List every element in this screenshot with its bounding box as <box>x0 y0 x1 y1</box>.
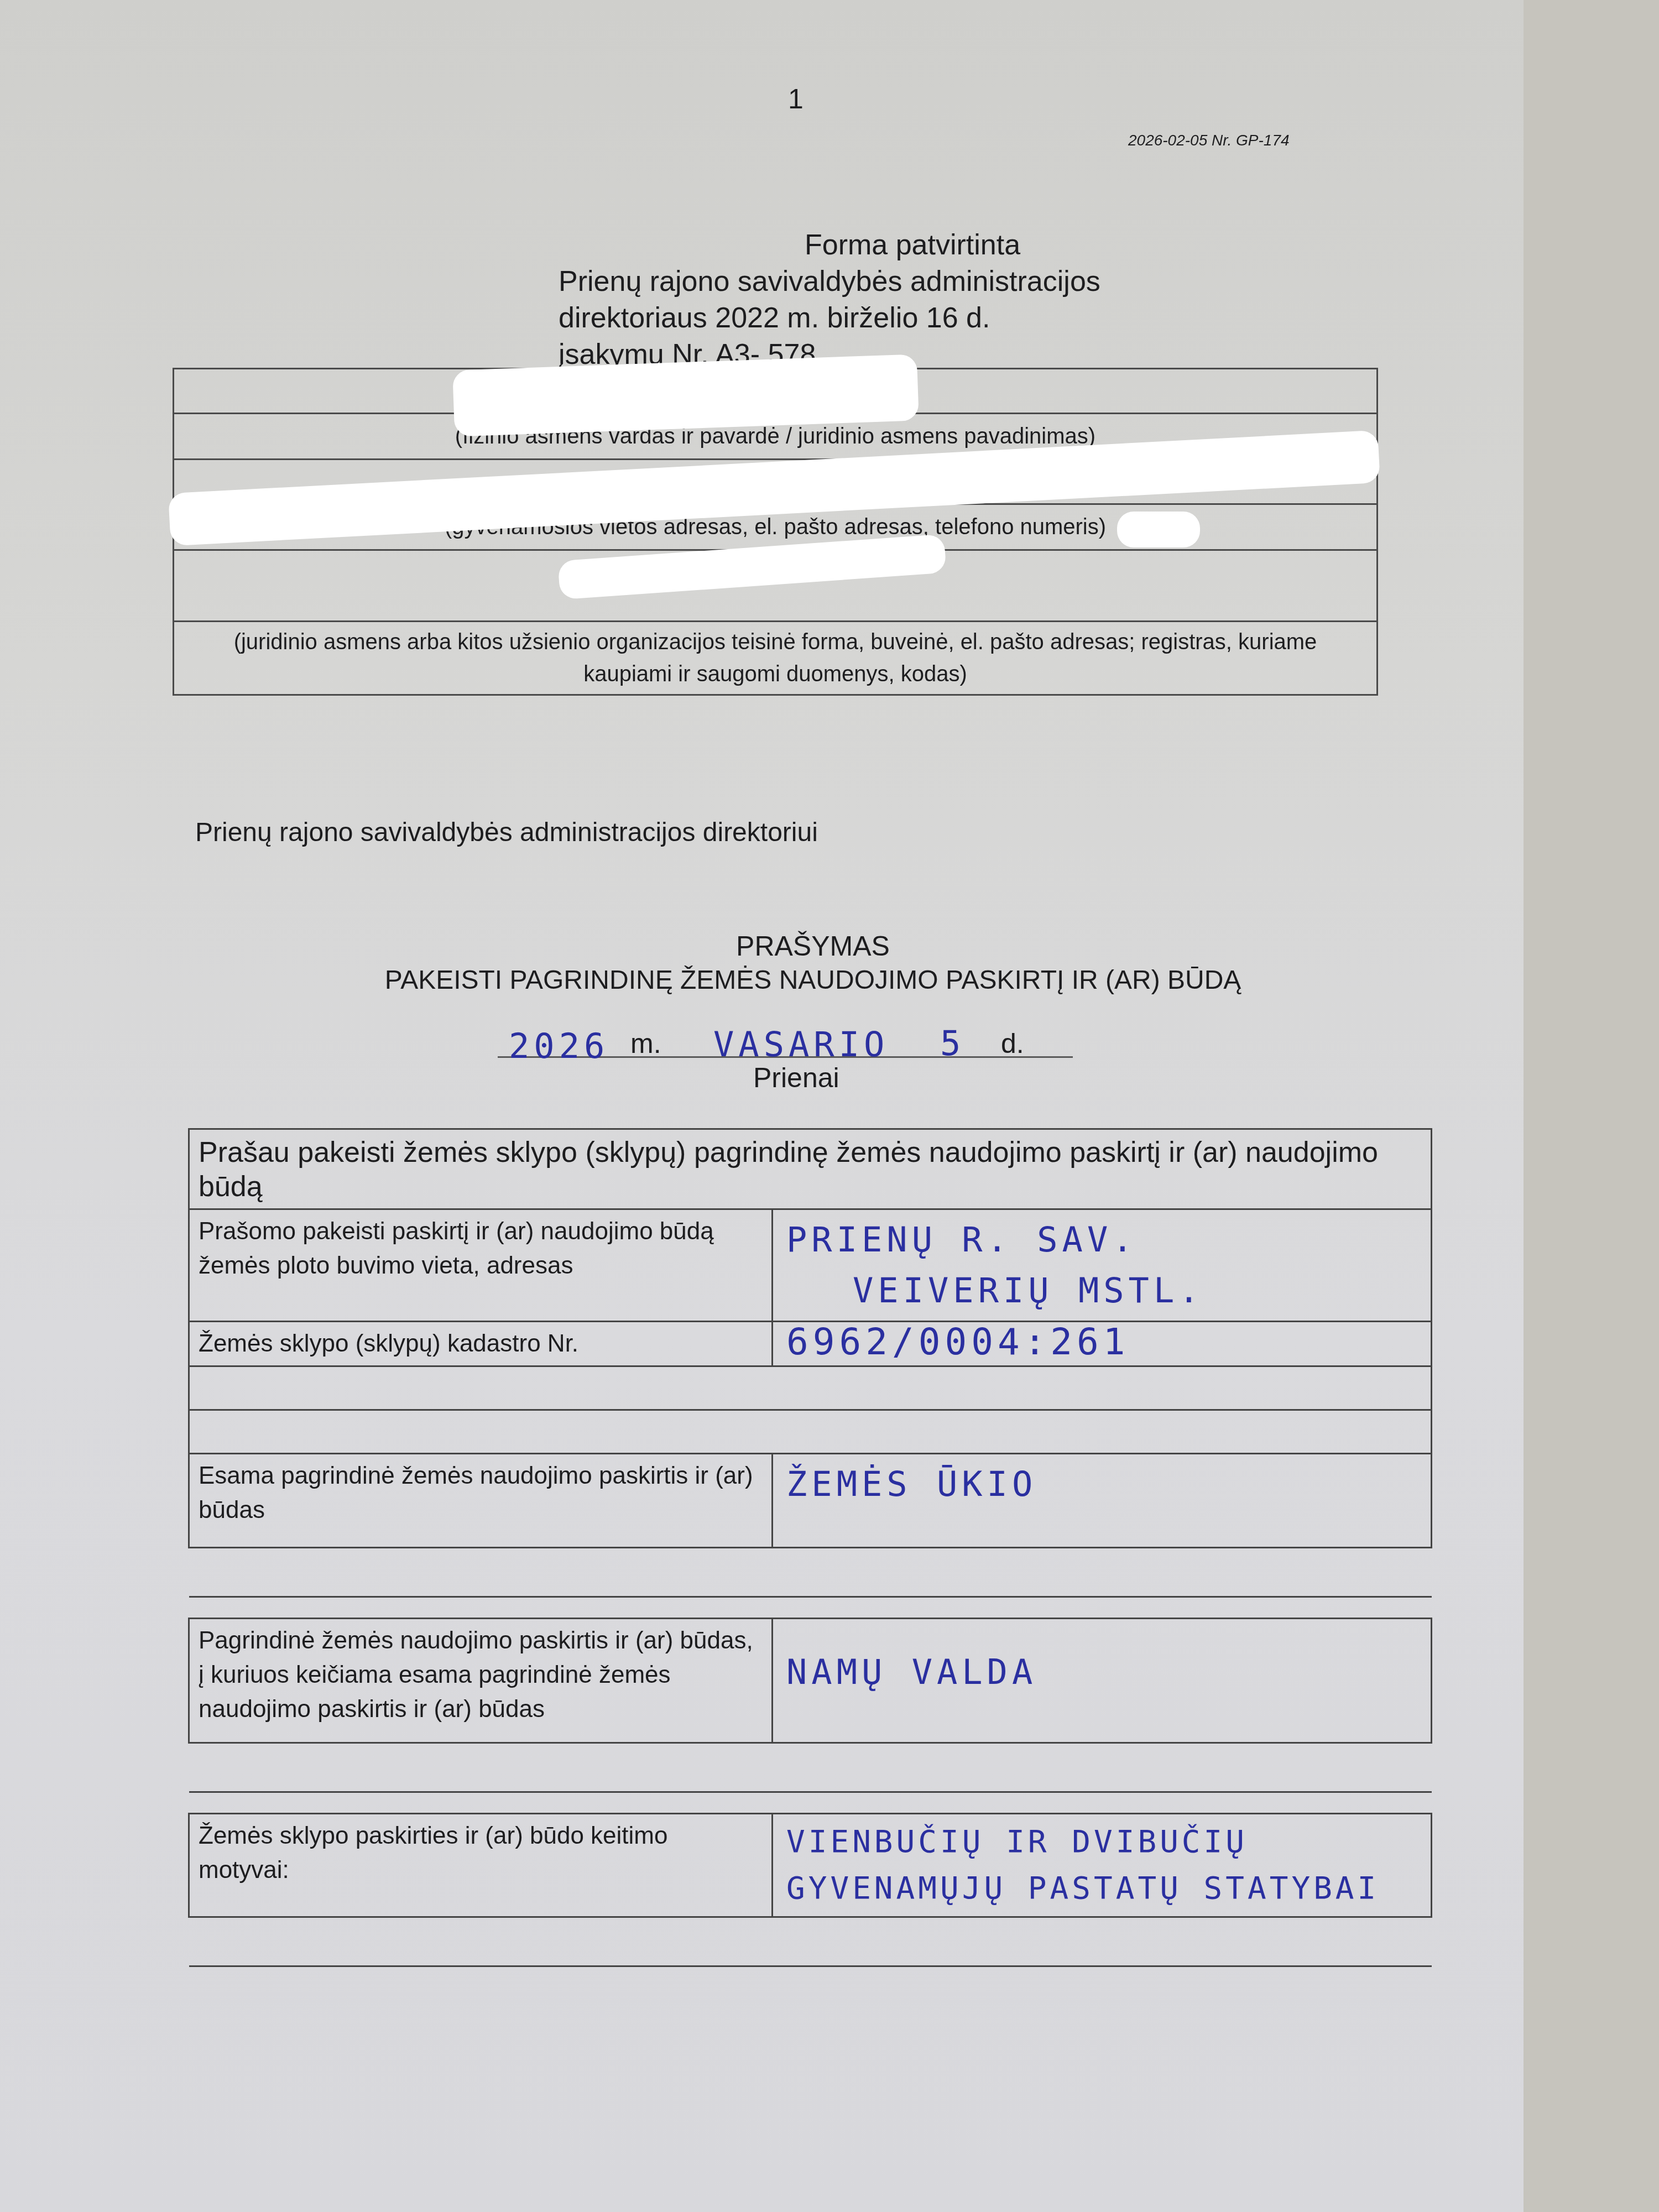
document-subtitle: PAKEISTI PAGRINDINĘ ŽEMĖS NAUDOJIMO PASK… <box>0 965 1615 995</box>
approval-line: Prienų rajono savivaldybės administracij… <box>559 263 1100 300</box>
date-day-handwritten[interactable]: 5 <box>940 1023 965 1063</box>
document-title: PRAŠYMAS <box>0 930 1615 962</box>
approval-line: Forma patvirtinta <box>559 227 1100 263</box>
request-table: Prašau pakeisti žemės sklypo (sklypų) pa… <box>188 1128 1432 1967</box>
legal-caption-line: kaupiami ir saugomi duomenys, kodas) <box>191 658 1360 690</box>
motives-line: GYVENAMŲJŲ PASTATŲ STATYBAI <box>786 1865 1422 1912</box>
location-line: PRIENŲ R. SAV. <box>786 1214 1422 1265</box>
request-header: Prašau pakeisti žemės sklypo (sklypų) pa… <box>189 1129 1432 1209</box>
new-purpose-label: Pagrindinė žemės naudojimo paskirtis ir … <box>189 1619 773 1743</box>
redaction-phone <box>1117 512 1200 547</box>
motives-label: Žemės sklypo paskirties ir (ar) būdo kei… <box>189 1814 773 1917</box>
addressee: Prienų rajono savivaldybės administracij… <box>195 817 818 848</box>
spacer <box>189 1597 1432 1619</box>
form-approval-note: Forma patvirtinta Prienų rajono savivald… <box>559 227 1100 373</box>
location-value[interactable]: PRIENŲ R. SAV. VEIVERIŲ MSTL. <box>773 1209 1432 1322</box>
page-number: 1 <box>788 83 804 115</box>
cadastral-number-value[interactable]: 6962/0004:261 <box>773 1322 1432 1366</box>
new-purpose-value[interactable]: NAMŲ VALDA <box>773 1619 1432 1743</box>
date-day-suffix: d. <box>1001 1027 1024 1060</box>
motives-value[interactable]: VIENBUČIŲ IR DVIBUČIŲ GYVENAMŲJŲ PASTATŲ… <box>773 1814 1432 1917</box>
legal-caption-line: (juridinio asmens arba kitos užsienio or… <box>191 626 1360 658</box>
empty-row[interactable] <box>189 1366 1432 1410</box>
date-year-handwritten[interactable]: 2026 <box>509 1026 609 1066</box>
approval-line: direktoriaus 2022 m. birželio 16 d. <box>559 300 1100 336</box>
date-month-handwritten[interactable]: VASARIO <box>713 1024 889 1065</box>
paper-sheet: 1 2026-02-05 Nr. GP-174 Forma patvirtint… <box>0 0 1524 2212</box>
legal-entity-caption: (juridinio asmens arba kitos užsienio or… <box>174 622 1378 695</box>
current-purpose-label: Esama pagrindinė žemės naudojimo paskirt… <box>189 1454 773 1548</box>
empty-row[interactable] <box>189 1410 1432 1454</box>
location-line: VEIVERIŲ MSTL. <box>786 1265 1422 1316</box>
motives-line: VIENBUČIŲ IR DVIBUČIŲ <box>786 1819 1422 1865</box>
place-of-filing: Prienai <box>753 1062 839 1094</box>
registration-stamp: 2026-02-05 Nr. GP-174 <box>1128 132 1290 149</box>
current-purpose-value[interactable]: ŽEMĖS ŪKIO <box>773 1454 1432 1548</box>
spacer <box>189 1792 1432 1814</box>
date-year-suffix: m. <box>630 1027 661 1060</box>
spacer-line <box>189 1743 1432 1792</box>
spacer-line <box>189 1548 1432 1597</box>
cadastral-label: Žemės sklypo (sklypų) kadastro Nr. <box>189 1322 773 1366</box>
background-surface <box>1524 0 1659 2212</box>
location-label: Prašomo pakeisti paskirtį ir (ar) naudoj… <box>189 1209 773 1322</box>
spacer-line <box>189 1917 1432 1966</box>
